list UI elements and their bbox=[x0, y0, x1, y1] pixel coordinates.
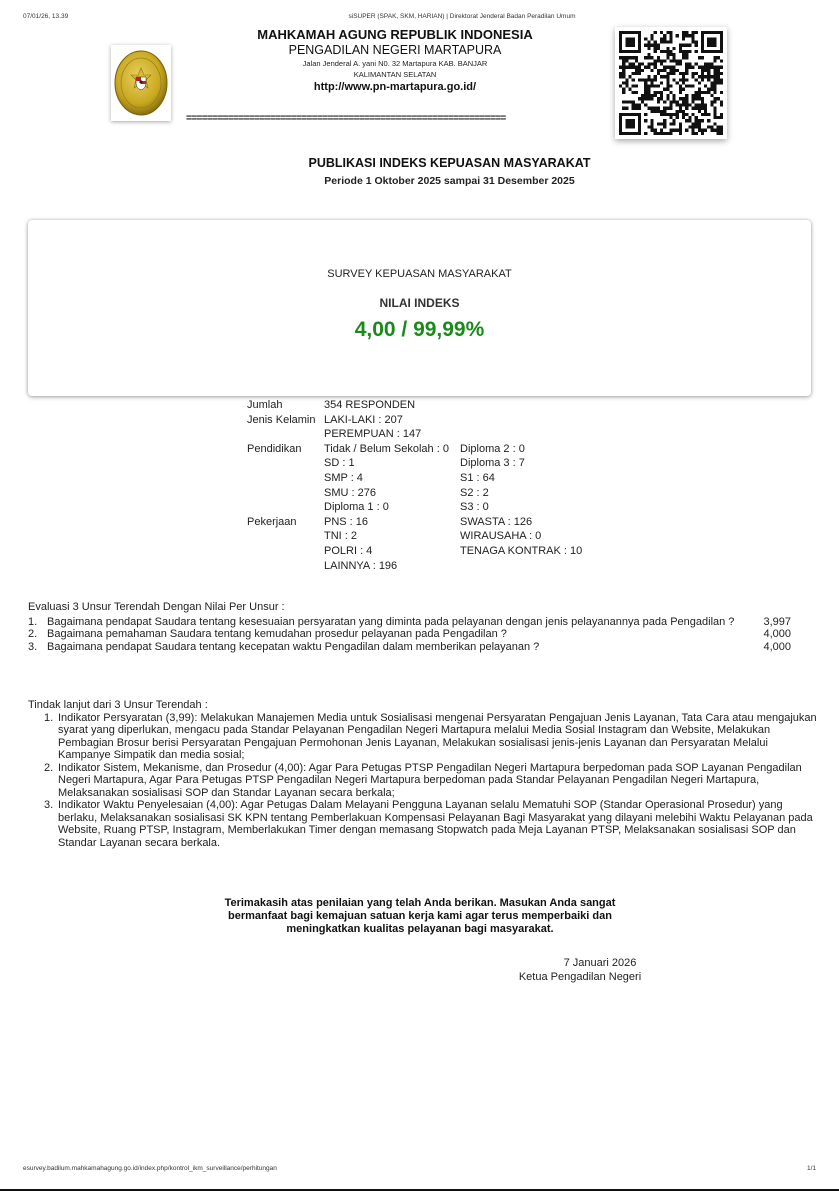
demographic-value: Diploma 1 : 0 bbox=[324, 500, 389, 515]
print-header: 07/01/26, 13.39 siSUPER (SPAK, SKM, HARI… bbox=[0, 13, 839, 25]
demographic-value: LAINNYA : 196 bbox=[324, 559, 397, 574]
index-card-title: SURVEY KEPUASAN MASYARAKAT bbox=[28, 268, 811, 280]
item-number: 3. bbox=[44, 799, 53, 812]
demographic-label: Pendidikan bbox=[247, 442, 301, 457]
follow-up-item: 2.Indikator Sistem, Mekanisme, dan Prose… bbox=[28, 762, 818, 800]
demographic-value: TENAGA KONTRAK : 10 bbox=[460, 544, 582, 559]
demographic-value: 354 RESPONDEN bbox=[324, 398, 415, 413]
index-card-subtitle: NILAI INDEKS bbox=[28, 296, 811, 310]
demographic-value: Tidak / Belum Sekolah : 0 bbox=[324, 442, 449, 457]
signature-date: 7 Januari 2026 bbox=[480, 956, 680, 970]
demographic-value: S3 : 0 bbox=[460, 500, 489, 515]
demographic-label: Pekerjaan bbox=[247, 515, 297, 530]
element-score: 3,997 bbox=[763, 616, 791, 629]
signatory-title: Ketua Pengadilan Negeri bbox=[480, 970, 680, 984]
question-text: Bagaimana pemahaman Saudara tentang kemu… bbox=[47, 628, 507, 640]
demographic-value: S2 : 2 bbox=[460, 486, 489, 501]
court-website: http://www.pn-martapura.go.id/ bbox=[190, 80, 600, 95]
demographic-value: Diploma 3 : 7 bbox=[460, 456, 525, 471]
demographic-value: POLRI : 4 bbox=[324, 544, 372, 559]
follow-up-item: 3.Indikator Waktu Penyelesaian (4,00): A… bbox=[28, 799, 818, 849]
question-text: Bagaimana pendapat Saudara tentang kecep… bbox=[47, 641, 539, 653]
demographic-value: WIRAUSAHA : 0 bbox=[460, 529, 541, 544]
question-text: Bagaimana pendapat Saudara tentang keses… bbox=[47, 616, 734, 628]
follow-up-item: 1.Indikator Persyaratan (3,99): Melakuka… bbox=[28, 712, 818, 762]
publication-period: Periode 1 Oktober 2025 sampai 31 Desembe… bbox=[0, 175, 839, 187]
letterhead: MAHKAMAH AGUNG REPUBLIK INDONESIA PENGAD… bbox=[190, 27, 600, 95]
follow-up-text: Indikator Sistem, Mekanisme, dan Prosedu… bbox=[58, 762, 802, 799]
follow-up-text: Indikator Persyaratan (3,99): Melakukan … bbox=[58, 712, 817, 762]
element-score: 4,000 bbox=[763, 641, 791, 654]
publication-title: PUBLIKASI INDEKS KEPUASAN MASYARAKAT bbox=[0, 156, 839, 170]
demographic-value: SD : 1 bbox=[324, 456, 355, 471]
follow-up-actions: Tindak lanjut dari 3 Unsur Terendah : 1.… bbox=[28, 699, 818, 849]
demographic-value: SMP : 4 bbox=[324, 471, 363, 486]
element-score: 4,000 bbox=[763, 628, 791, 641]
demographic-value: SMU : 276 bbox=[324, 486, 376, 501]
lowest-elements-evaluation: Evaluasi 3 Unsur Terendah Dengan Nilai P… bbox=[28, 601, 798, 653]
letterhead-divider: ========================================… bbox=[186, 114, 604, 124]
follow-up-heading: Tindak lanjut dari 3 Unsur Terendah : bbox=[28, 699, 818, 712]
evaluation-item: 3.Bagaimana pendapat Saudara tentang kec… bbox=[28, 641, 798, 654]
evaluation-item: 1.Bagaimana pendapat Saudara tentang kes… bbox=[28, 616, 798, 629]
signature-block: 7 Januari 2026 Ketua Pengadilan Negeri bbox=[480, 956, 680, 984]
item-number: 2. bbox=[28, 628, 37, 641]
demographic-value: TNI : 2 bbox=[324, 529, 357, 544]
print-url: esurvey.badilum.mahkamahagung.go.id/inde… bbox=[23, 1165, 277, 1172]
index-value: 4,00 / 99,99% bbox=[28, 318, 811, 342]
qr-code-icon bbox=[615, 27, 727, 139]
demographic-label: Jenis Kelamin bbox=[247, 413, 315, 428]
follow-up-text: Indikator Waktu Penyelesaian (4,00): Aga… bbox=[58, 799, 813, 849]
page-number: 1/1 bbox=[807, 1165, 816, 1172]
court-emblem-icon bbox=[111, 45, 171, 121]
demographic-value: S1 : 64 bbox=[460, 471, 495, 486]
demographic-value: PEREMPUAN : 147 bbox=[324, 427, 421, 442]
institution-name: MAHKAMAH AGUNG REPUBLIK INDONESIA bbox=[190, 27, 600, 43]
demographic-value: LAKI-LAKI : 207 bbox=[324, 413, 403, 428]
evaluation-heading: Evaluasi 3 Unsur Terendah Dengan Nilai P… bbox=[28, 601, 798, 614]
demographic-value: SWASTA : 126 bbox=[460, 515, 532, 530]
court-address: Jalan Jenderal A. yani N0. 32 Martapura … bbox=[190, 58, 600, 69]
demographic-value: Diploma 2 : 0 bbox=[460, 442, 525, 457]
court-name: PENGADILAN NEGERI MARTAPURA bbox=[190, 43, 600, 58]
item-number: 1. bbox=[28, 616, 37, 629]
demographic-label: Jumlah bbox=[247, 398, 282, 413]
demographic-value: PNS : 16 bbox=[324, 515, 368, 530]
item-number: 2. bbox=[44, 762, 53, 775]
thank-you-message: Terimakasih atas penilaian yang telah An… bbox=[195, 897, 645, 936]
item-number: 3. bbox=[28, 641, 37, 654]
index-card: SURVEY KEPUASAN MASYARAKAT NILAI INDEKS … bbox=[28, 220, 811, 396]
item-number: 1. bbox=[44, 712, 53, 725]
evaluation-item: 2.Bagaimana pemahaman Saudara tentang ke… bbox=[28, 628, 798, 641]
print-page-title: siSUPER (SPAK, SKM, HARIAN) | Direktorat… bbox=[0, 13, 839, 20]
court-province: KALIMANTAN SELATAN bbox=[190, 69, 600, 80]
